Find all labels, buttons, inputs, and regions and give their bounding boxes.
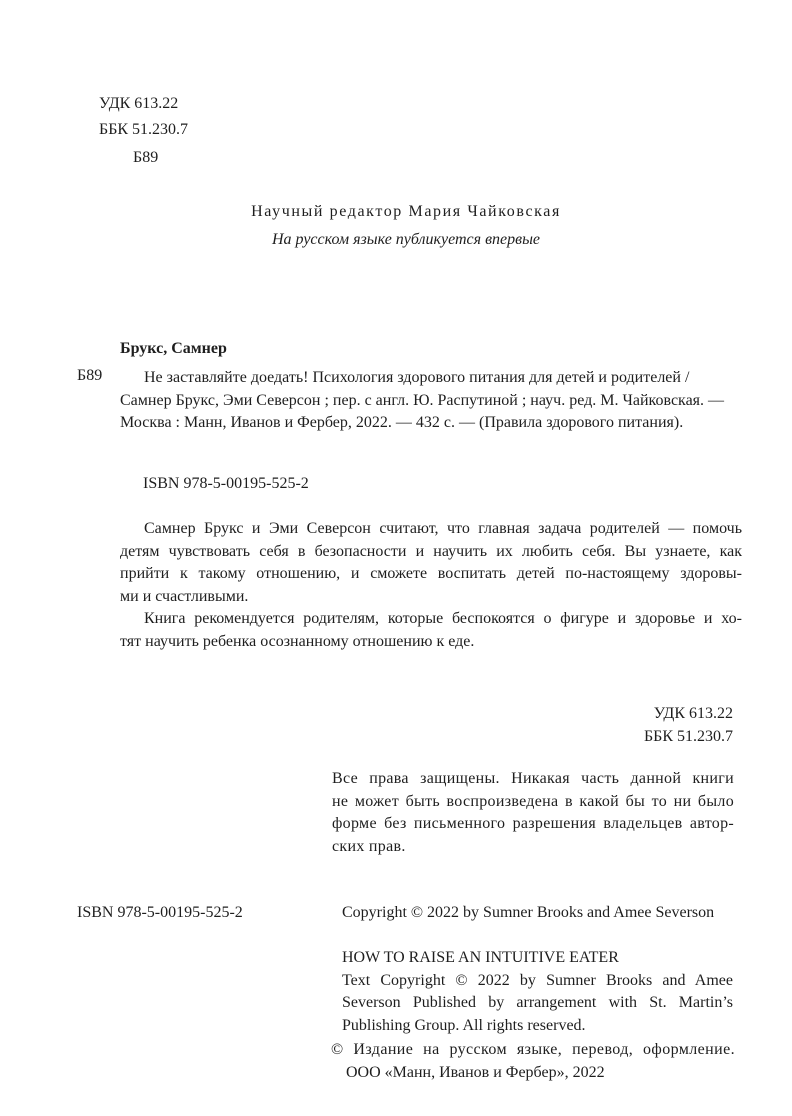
rights-line: ских прав. bbox=[332, 836, 734, 859]
bib-line: Не заставляйте доедать! Психология здоро… bbox=[120, 367, 742, 390]
russian-edition-copyright: © Издание на русском языке, перевод, офо… bbox=[331, 1039, 735, 1084]
bbk-code-top: ББК 51.230.7 bbox=[99, 121, 188, 139]
annotation-line: прийти к такому отношению, и сможете вос… bbox=[120, 563, 742, 586]
udk-code-top: УДК 613.22 bbox=[99, 95, 178, 113]
udk-code-right: УДК 613.22 bbox=[644, 703, 733, 726]
author-mark-top: Б89 bbox=[133, 149, 158, 167]
isbn-entry: ISBN 978-5-00195-525-2 bbox=[143, 475, 309, 493]
bib-line: Москва : Манн, Иванов и Фербер, 2022. — … bbox=[120, 412, 742, 435]
original-copyright-line: Publishing Group. All rights reserved. bbox=[342, 1015, 733, 1038]
copyright-english: Copyright © 2022 by Sumner Brooks and Am… bbox=[342, 904, 714, 922]
classification-right: УДК 613.22 ББК 51.230.7 bbox=[644, 703, 733, 748]
annotation-line: ми и счастливыми. bbox=[120, 586, 742, 609]
annotation-line: Самнер Брукс и Эми Северсон считают, что… bbox=[120, 518, 742, 541]
annotation-line: тят научить ребенка осознанному отношени… bbox=[120, 631, 742, 654]
original-copyright-line: Text Copyright © 2022 by Sumner Brooks a… bbox=[342, 970, 733, 993]
bbk-code-right: ББК 51.230.7 bbox=[644, 726, 733, 749]
annotation: Самнер Брукс и Эми Северсон считают, что… bbox=[120, 518, 742, 653]
isbn-footer: ISBN 978-5-00195-525-2 bbox=[77, 904, 243, 922]
original-copyright-line: Severson Published by arrangement with S… bbox=[342, 992, 733, 1015]
ru-edition-line: ООО «Манн, Иванов и Фербер», 2022 bbox=[331, 1062, 735, 1085]
annotation-line: детям чувствовать себя в безопасности и … bbox=[120, 541, 742, 564]
rights-notice: Все права защищены. Никакая часть данной… bbox=[332, 768, 734, 858]
ru-edition-line: © Издание на русском языке, перевод, офо… bbox=[331, 1039, 735, 1062]
annotation-line: Книга рекомендуется родителям, которые б… bbox=[120, 608, 742, 631]
author-mark: Б89 bbox=[77, 367, 102, 385]
scientific-editor: Научный редактор Мария Чайковская bbox=[0, 203, 792, 221]
original-edition-copyright: HOW TO RAISE AN INTUITIVE EATER Text Cop… bbox=[342, 947, 733, 1037]
first-publication-note: На русском языке публикуется впервые bbox=[0, 231, 792, 249]
rights-line: не может быть воспроизведена в какой бы … bbox=[332, 791, 734, 814]
original-title: HOW TO RAISE AN INTUITIVE EATER bbox=[342, 947, 733, 970]
rights-line: Все права защищены. Никакая часть данной… bbox=[332, 768, 734, 791]
bibliographic-description: Не заставляйте доедать! Психология здоро… bbox=[120, 367, 742, 435]
rights-line: форме без письменного разрешения владель… bbox=[332, 813, 734, 836]
author-heading: Брукс, Самнер bbox=[120, 340, 227, 358]
bib-line: Самнер Брукс, Эми Северсон ; пер. с англ… bbox=[120, 390, 742, 413]
